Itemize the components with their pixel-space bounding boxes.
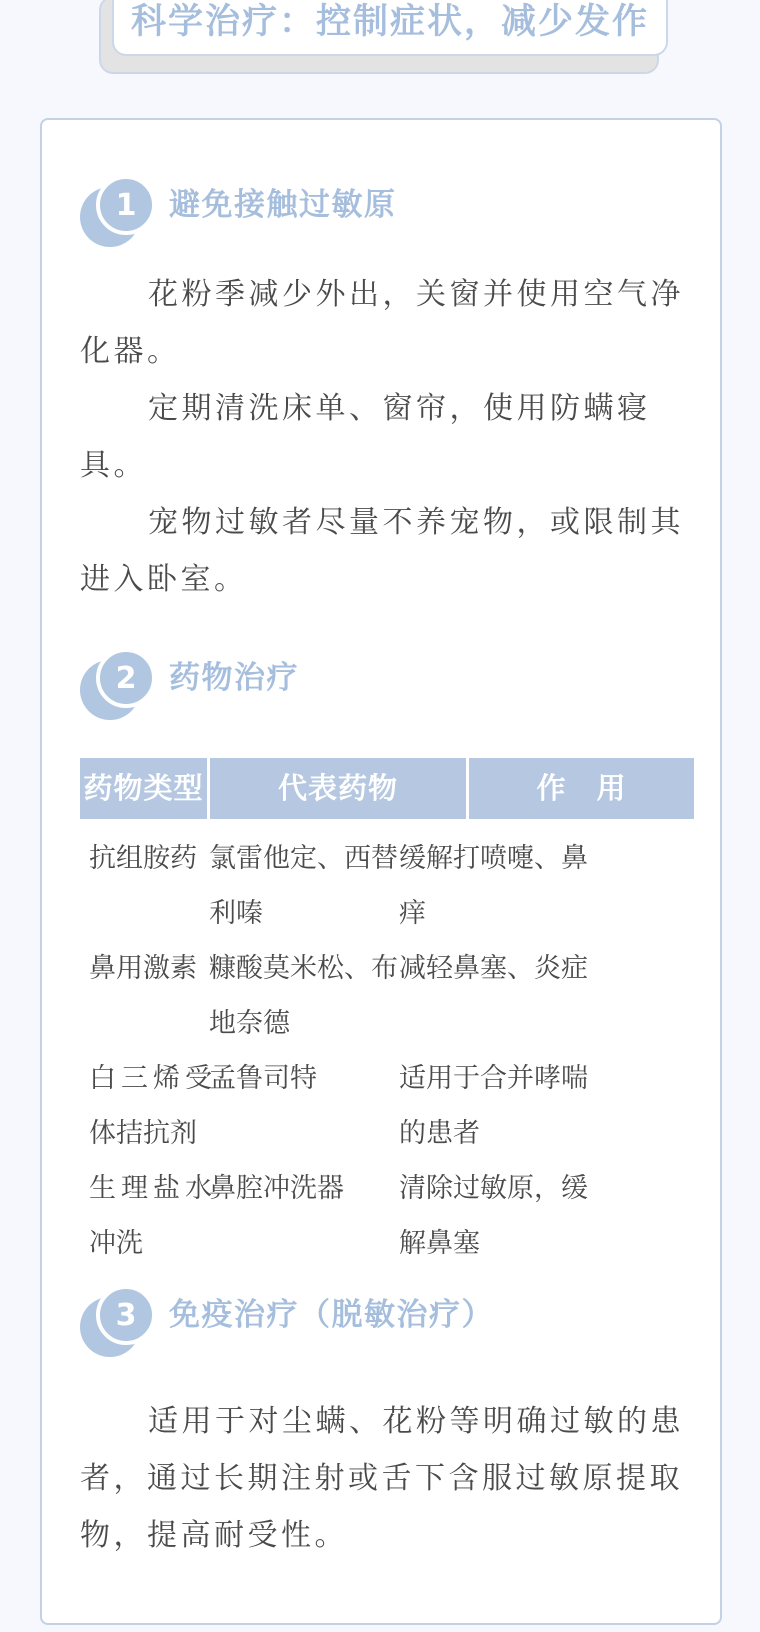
cell-line: 的患者 — [399, 1106, 694, 1161]
cell-line: 利嗪 — [209, 886, 399, 941]
cell-line: 清除过敏原，缓 — [399, 1161, 694, 1216]
cell-drug-effect: 减轻鼻塞、炎症 — [399, 941, 694, 996]
section-3-badge: 3 — [80, 1285, 156, 1359]
paragraph-line: 进入卧室。 — [80, 551, 694, 608]
cell-line: 抗组胺药 — [89, 831, 209, 886]
cell-line: 白三烯受 — [89, 1051, 209, 1106]
column-header-effect: 作 用 — [469, 758, 694, 819]
banner-title: 科学治疗：控制症状，减少发作 — [112, 0, 668, 56]
cell-line: 缓解打喷嚏、鼻 — [399, 831, 694, 886]
section-1-number: 1 — [96, 175, 156, 235]
paragraph-line: 者，通过长期注射或舌下含服过敏原提取 — [80, 1450, 694, 1507]
paragraph-line: 适用于对尘螨、花粉等明确过敏的患 — [80, 1393, 694, 1450]
cell-line: 痒 — [399, 886, 694, 941]
page-background: 科学治疗：控制症状，减少发作 1 避免接触过敏原 花粉季减少外出，关窗并使用空气… — [0, 0, 760, 1632]
cell-drug-type: 鼻用激素 — [80, 941, 209, 996]
table-row: 鼻用激素 糠酸莫米松、布 地奈德 减轻鼻塞、炎症 — [80, 941, 694, 1051]
column-header-type: 药物类型 — [80, 758, 207, 819]
cell-line: 氯雷他定、西替 — [209, 831, 399, 886]
cell-drug-effect: 适用于合并哮喘 的患者 — [399, 1051, 694, 1161]
section-1-header: 1 避免接触过敏原 — [80, 175, 694, 249]
drug-table: 药物类型 代表药物 作 用 抗组胺药 氯雷他定、西替 利嗪 缓解打喷嚏、鼻 痒 — [80, 758, 694, 1271]
cell-line: 鼻腔冲洗器 — [209, 1161, 399, 1216]
section-2-badge: 2 — [80, 648, 156, 722]
drug-table-header-row: 药物类型 代表药物 作 用 — [80, 758, 694, 819]
cell-line: 适用于合并哮喘 — [399, 1051, 694, 1106]
paragraph-line: 物，提高耐受性。 — [80, 1507, 694, 1564]
section-2-header: 2 药物治疗 — [80, 648, 694, 722]
cell-drug-name: 糠酸莫米松、布 地奈德 — [209, 941, 399, 1051]
cell-line: 体拮抗剂 — [89, 1106, 209, 1161]
cell-drug-effect: 缓解打喷嚏、鼻 痒 — [399, 831, 694, 941]
cell-line: 糠酸莫米松、布 — [209, 941, 399, 996]
cell-drug-effect: 清除过敏原，缓 解鼻塞 — [399, 1161, 694, 1271]
section-1-badge: 1 — [80, 175, 156, 249]
paragraph-line: 化器。 — [80, 323, 694, 380]
section-2-title: 药物治疗 — [169, 648, 299, 708]
section-3-title: 免疫治疗（脱敏治疗） — [169, 1285, 494, 1345]
cell-drug-type: 生理盐水 冲洗 — [80, 1161, 209, 1271]
paragraph-line: 宠物过敏者尽量不养宠物，或限制其 — [80, 494, 694, 551]
paragraph-line: 具。 — [80, 437, 694, 494]
cell-line: 冲洗 — [89, 1216, 209, 1271]
column-header-drug: 代表药物 — [210, 758, 466, 819]
cell-line: 地奈德 — [209, 996, 399, 1051]
drug-table-body: 抗组胺药 氯雷他定、西替 利嗪 缓解打喷嚏、鼻 痒 鼻用激素 — [80, 819, 694, 1271]
cell-line: 孟鲁司特 — [209, 1051, 399, 1106]
paragraph-line: 定期清洗床单、窗帘，使用防螨寝 — [80, 380, 694, 437]
content-card: 1 避免接触过敏原 花粉季减少外出，关窗并使用空气净 化器。 定期清洗床单、窗帘… — [40, 118, 722, 1625]
section-3-number: 3 — [96, 1285, 156, 1345]
table-row: 生理盐水 冲洗 鼻腔冲洗器 清除过敏原，缓 解鼻塞 — [80, 1161, 694, 1271]
cell-line: 解鼻塞 — [399, 1216, 694, 1271]
cell-line: 减轻鼻塞、炎症 — [399, 941, 694, 996]
table-row: 抗组胺药 氯雷他定、西替 利嗪 缓解打喷嚏、鼻 痒 — [80, 831, 694, 941]
cell-drug-name: 孟鲁司特 — [209, 1051, 399, 1106]
table-row: 白三烯受 体拮抗剂 孟鲁司特 适用于合并哮喘 的患者 — [80, 1051, 694, 1161]
paragraph-line: 花粉季减少外出，关窗并使用空气净 — [80, 266, 694, 323]
cell-drug-type: 抗组胺药 — [80, 831, 209, 886]
cell-line: 鼻用激素 — [89, 941, 209, 996]
cell-drug-type: 白三烯受 体拮抗剂 — [80, 1051, 209, 1161]
section-banner: 科学治疗：控制症状，减少发作 — [112, 0, 668, 56]
cell-drug-name: 鼻腔冲洗器 — [209, 1161, 399, 1216]
section-3-header: 3 免疫治疗（脱敏治疗） — [80, 1285, 694, 1359]
cell-line: 生理盐水 — [89, 1161, 209, 1216]
section-3-paragraph: 适用于对尘螨、花粉等明确过敏的患 者，通过长期注射或舌下含服过敏原提取 物，提高… — [80, 1393, 694, 1564]
cell-drug-name: 氯雷他定、西替 利嗪 — [209, 831, 399, 941]
section-1-paragraphs: 花粉季减少外出，关窗并使用空气净 化器。 定期清洗床单、窗帘，使用防螨寝 具。 … — [80, 266, 694, 608]
section-2-number: 2 — [96, 648, 156, 708]
section-1-title: 避免接触过敏原 — [169, 175, 397, 235]
